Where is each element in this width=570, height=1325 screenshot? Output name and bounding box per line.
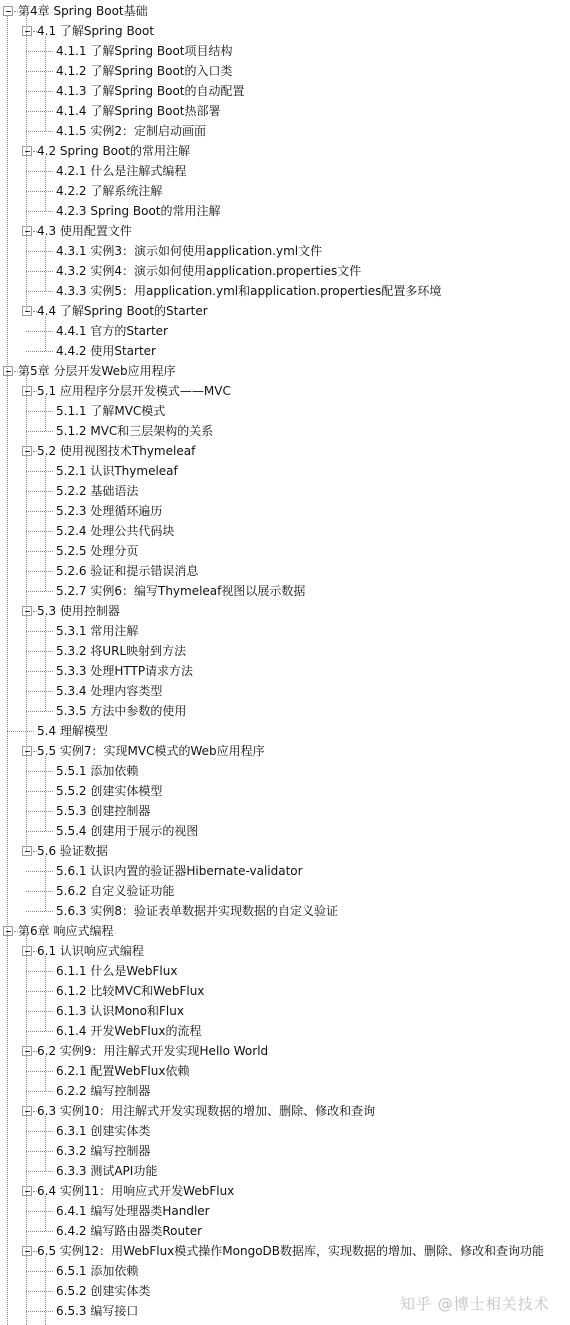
tree-item-subsection[interactable]: 5.3.2 将URL映射到方法 [0,641,570,661]
tree-item-chapter[interactable]: 第6章 响应式编程 [0,921,570,941]
tree-item-subsection[interactable]: 4.3.2 实例4：演示如何使用application.properties文件 [0,261,570,281]
tree-item-label: 4.2.2 了解系统注解 [56,181,162,201]
tree-item-label: 4.4.2 使用Starter [56,341,156,361]
tree-item-subsection[interactable]: 4.2.1 什么是注解式编程 [0,161,570,181]
tree-connector [26,251,53,252]
tree-connector [26,271,53,272]
tree-item-section[interactable]: 6.2 实例9：用注解式开发实现Hello World [0,1041,570,1061]
tree-item-label: 5.3.3 处理HTTP请求方法 [56,661,193,681]
tree-connector [26,1131,53,1132]
tree-item-subsection[interactable]: 5.1.1 了解MVC模式 [0,401,570,421]
tree-guide-line [45,36,46,131]
tree-item-subsection[interactable]: 4.4.1 官方的Starter [0,321,570,341]
tree-item-label: 5.2.3 处理循环遍历 [56,501,162,521]
tree-item-label: 5.6 验证数据 [37,841,108,861]
tree-guide-line [45,956,46,1031]
tree-connector [26,1091,53,1092]
tree-item-subsection[interactable]: 5.3.3 处理HTTP请求方法 [0,661,570,681]
tree-connector [26,891,53,892]
tree-item-subsection[interactable]: 5.3.5 方法中参数的使用 [0,701,570,721]
tree-item-label: 6.1.1 什么是WebFlux [56,961,177,981]
collapse-toggle-icon[interactable] [22,26,32,36]
tree-item-label: 第5章 分层开发Web应用程序 [18,361,176,381]
tree-item-section[interactable]: 5.5 实例7：实现MVC模式的Web应用程序 [0,741,570,761]
tree-item-label: 5.1.2 MVC和三层架构的关系 [56,421,213,441]
tree-connector [26,351,53,352]
tree-connector [26,471,53,472]
tree-item-label: 4.2.1 什么是注解式编程 [56,161,186,181]
tree-item-label: 4.3 使用配置文件 [37,221,132,241]
tree-item-section[interactable]: 4.2 Spring Boot的常用注解 [0,141,570,161]
tree-item-section[interactable]: 5.3 使用控制器 [0,601,570,621]
collapse-toggle-icon[interactable] [22,746,32,756]
tree-item-subsection[interactable]: 5.2.2 基础语法 [0,481,570,501]
tree-guide-line [45,316,46,351]
tree-item-subsection[interactable]: 5.6.3 实例8：验证表单数据并实现数据的自定义验证 [0,901,570,921]
tree-item-label: 6.1.2 比较MVC和WebFlux [56,981,204,1001]
collapse-toggle-icon[interactable] [22,146,32,156]
toc-tree: 第4章 Spring Boot基础4.1 了解Spring Boot4.1.1 … [0,0,570,1325]
tree-item-subsection[interactable]: 4.4.2 使用Starter [0,341,570,361]
tree-connector [26,771,53,772]
tree-item-subsection[interactable]: 6.1.4 开发WebFlux的流程 [0,1021,570,1041]
tree-item-subsection[interactable]: 4.1.1 了解Spring Boot项目结构 [0,41,570,61]
tree-item-subsection[interactable]: 6.3.2 编写控制器 [0,1141,570,1161]
tree-item-label: 5.3.1 常用注解 [56,621,138,641]
tree-item-label: 6.1.3 认识Mono和Flux [56,1001,184,1021]
tree-connector [26,111,53,112]
tree-guide-line [45,1116,46,1171]
tree-item-section[interactable]: 6.1 认识响应式编程 [0,941,570,961]
tree-item-label: 5.5.4 创建用于展示的视图 [56,821,198,841]
tree-connector [26,51,53,52]
tree-item-subsection[interactable]: 6.5.1 添加依赖 [0,1261,570,1281]
tree-connector [26,1231,53,1232]
tree-connector [26,531,53,532]
tree-item-subsection[interactable]: 4.3.1 实例3：演示如何使用application.yml文件 [0,241,570,261]
tree-item-label: 4.1.3 了解Spring Boot的自动配置 [56,81,245,101]
collapse-toggle-icon[interactable] [22,846,32,856]
tree-item-label: 4.3.1 实例3：演示如何使用application.yml文件 [56,241,322,261]
tree-item-label: 5.6.1 认识内置的验证器Hibernate-validator [56,861,303,881]
tree-guide-line [45,856,46,911]
tree-item-chapter[interactable]: 第4章 Spring Boot基础 [0,1,570,21]
tree-item-label: 6.3 实例10：用注解式开发实现数据的增加、删除、修改和查询 [37,1101,375,1121]
tree-item-label: 5.3.2 将URL映射到方法 [56,641,186,661]
tree-item-label: 6.3.2 编写控制器 [56,1141,150,1161]
tree-item-section[interactable]: 5.4 理解模型 [0,721,570,741]
tree-item-label: 5.6.3 实例8：验证表单数据并实现数据的自定义验证 [56,901,338,921]
tree-item-subsection[interactable]: 5.3.1 常用注解 [0,621,570,641]
collapse-toggle-icon[interactable] [3,366,13,376]
tree-item-label: 6.2.1 配置WebFlux依赖 [56,1061,189,1081]
tree-connector [26,211,53,212]
tree-item-subsection[interactable]: 5.2.7 实例6：编写Thymeleaf视图以展示数据 [0,581,570,601]
tree-item-label: 6.1.4 开发WebFlux的流程 [56,1021,201,1041]
tree-item-label: 4.1.4 了解Spring Boot热部署 [56,101,221,121]
tree-item-section[interactable]: 6.3 实例10：用注解式开发实现数据的增加、删除、修改和查询 [0,1101,570,1121]
tree-item-label: 6.5.3 编写接口 [56,1301,138,1321]
tree-item-section[interactable]: 6.5 实例12：用WebFlux模式操作MongoDB数据库，实现数据的增加、… [0,1241,570,1261]
tree-item-label: 5.2.7 实例6：编写Thymeleaf视图以展示数据 [56,581,305,601]
tree-connector [26,491,53,492]
tree-connector [26,711,53,712]
tree-item-subsection[interactable]: 5.5.2 创建实体模型 [0,781,570,801]
tree-connector [26,431,53,432]
tree-item-label: 5.5.1 添加依赖 [56,761,138,781]
tree-item-label: 4.3.2 实例4：演示如何使用application.properties文件 [56,261,361,281]
tree-connector [26,791,53,792]
tree-connector [26,551,53,552]
tree-connector [26,1031,53,1032]
tree-item-subsection[interactable]: 6.1.1 什么是WebFlux [0,961,570,981]
tree-guide-line [45,616,46,711]
tree-item-label: 4.4 了解Spring Boot的Starter [37,301,208,321]
tree-item-section[interactable]: 4.4 了解Spring Boot的Starter [0,301,570,321]
tree-item-subsection[interactable]: 4.3.3 实例5：用application.yml和application.p… [0,281,570,301]
tree-item-subsection[interactable]: 5.3.4 处理内容类型 [0,681,570,701]
tree-item-chapter[interactable]: 第5章 分层开发Web应用程序 [0,361,570,381]
tree-item-label: 6.4.1 编写处理器类Handler [56,1201,210,1221]
tree-item-label: 5.3.5 方法中参数的使用 [56,701,186,721]
tree-item-label: 5.3.4 处理内容类型 [56,681,162,701]
tree-item-label: 5.3 使用控制器 [37,601,120,621]
tree-item-label: 5.6.2 自定义验证功能 [56,881,174,901]
tree-connector [7,731,34,732]
collapse-toggle-icon[interactable] [22,1046,32,1056]
tree-guide-line [45,1256,46,1325]
tree-connector [26,651,53,652]
tree-item-label: 4.2 Spring Boot的常用注解 [37,141,190,161]
tree-item-label: 5.2.1 认识Thymeleaf [56,461,178,481]
tree-item-label: 4.2.3 Spring Boot的常用注解 [56,201,221,221]
tree-connector [26,671,53,672]
tree-guide-line [26,376,27,851]
tree-item-label: 5.2.6 验证和提示错误消息 [56,561,198,581]
tree-connector [26,991,53,992]
tree-item-subsection[interactable]: 6.4.2 编写路由器类Router [0,1221,570,1241]
tree-item-subsection[interactable]: 4.1.3 了解Spring Boot的自动配置 [0,81,570,101]
tree-item-subsection[interactable]: 6.4.1 编写处理器类Handler [0,1201,570,1221]
tree-connector [26,1291,53,1292]
tree-item-section[interactable]: 4.1 了解Spring Boot [0,21,570,41]
tree-item-label: 4.1 了解Spring Boot [37,21,154,41]
tree-item-label: 5.5 实例7：实现MVC模式的Web应用程序 [37,741,265,761]
tree-item-subsection[interactable]: 5.2.3 处理循环遍历 [0,501,570,521]
tree-connector [26,691,53,692]
collapse-toggle-icon[interactable] [22,606,32,616]
tree-item-subsection[interactable]: 5.5.3 创建控制器 [0,801,570,821]
tree-item-label: 6.1 认识响应式编程 [37,941,144,961]
tree-item-subsection[interactable]: 6.2.1 配置WebFlux依赖 [0,1061,570,1081]
tree-guide-line [26,16,27,311]
tree-item-subsection[interactable]: 5.2.4 处理公共代码块 [0,521,570,541]
tree-item-label: 6.3.3 测试API功能 [56,1161,157,1181]
tree-item-subsection[interactable]: 4.1.5 实例2：定制启动画面 [0,121,570,141]
tree-item-section[interactable]: 5.1 应用程序分层开发模式——MVC [0,381,570,401]
watermark: 知乎 @博士相关技术 [400,1293,550,1314]
tree-guide-line [45,1196,46,1231]
tree-item-section[interactable]: 5.2 使用视图技术Thymeleaf [0,441,570,461]
collapse-toggle-icon[interactable] [22,386,32,396]
tree-guide-line [45,396,46,431]
tree-connector [26,331,53,332]
collapse-toggle-icon[interactable] [3,926,13,936]
tree-item-subsection[interactable]: 6.2.2 编写控制器 [0,1081,570,1101]
tree-guide-line [45,456,46,591]
tree-item-subsection[interactable]: 6.3.1 创建实体类 [0,1121,570,1141]
collapse-toggle-icon[interactable] [22,306,32,316]
tree-guide-line [45,156,46,211]
tree-connector [26,291,53,292]
tree-connector [26,871,53,872]
tree-item-label: 4.1.2 了解Spring Boot的入口类 [56,61,233,81]
tree-connector [26,191,53,192]
collapse-toggle-icon[interactable] [22,946,32,956]
tree-connector [26,811,53,812]
tree-connector [26,1171,53,1172]
tree-connector [26,831,53,832]
tree-item-label: 6.2.2 编写控制器 [56,1081,150,1101]
tree-item-label: 4.1.5 实例2：定制启动画面 [56,121,206,141]
tree-connector [26,971,53,972]
tree-connector [26,571,53,572]
tree-item-label: 5.5.2 创建实体模型 [56,781,162,801]
tree-item-label: 4.1.1 了解Spring Boot项目结构 [56,41,233,61]
collapse-toggle-icon[interactable] [22,226,32,236]
tree-item-label: 第4章 Spring Boot基础 [18,1,148,21]
tree-item-label: 4.3.3 实例5：用application.yml和application.p… [56,281,441,301]
tree-connector [26,91,53,92]
tree-guide-line [26,936,27,1325]
tree-item-label: 6.4.2 编写路由器类Router [56,1221,202,1241]
tree-item-subsection[interactable]: 5.2.5 处理分页 [0,541,570,561]
tree-item-label: 5.4 理解模型 [37,721,108,741]
collapse-toggle-icon[interactable] [22,1186,32,1196]
tree-connector [26,591,53,592]
tree-item-subsection[interactable]: 5.2.1 认识Thymeleaf [0,461,570,481]
tree-item-subsection[interactable]: 5.2.6 验证和提示错误消息 [0,561,570,581]
tree-item-label: 5.1.1 了解MVC模式 [56,401,165,421]
tree-item-subsection[interactable]: 4.2.3 Spring Boot的常用注解 [0,201,570,221]
tree-item-subsection[interactable]: 4.2.2 了解系统注解 [0,181,570,201]
tree-item-subsection[interactable]: 5.5.1 添加依赖 [0,761,570,781]
tree-guide-line [45,236,46,291]
tree-item-label: 5.2 使用视图技术Thymeleaf [37,441,195,461]
tree-item-label: 6.2 实例9：用注解式开发实现Hello World [37,1041,268,1061]
tree-item-section[interactable]: 4.3 使用配置文件 [0,221,570,241]
tree-connector [26,911,53,912]
tree-connector [26,171,53,172]
tree-item-label: 6.5 实例12：用WebFlux模式操作MongoDB数据库，实现数据的增加、… [37,1241,544,1261]
tree-item-label: 5.5.3 创建控制器 [56,801,150,821]
tree-guide-line [45,756,46,831]
tree-item-label: 6.4 实例11：用响应式开发WebFlux [37,1181,234,1201]
tree-item-label: 6.3.1 创建实体类 [56,1121,150,1141]
tree-connector [26,1151,53,1152]
tree-connector [26,1271,53,1272]
collapse-toggle-icon[interactable] [22,446,32,456]
tree-connector [26,411,53,412]
tree-connector [26,1211,53,1212]
tree-guide-line [45,1056,46,1091]
tree-item-subsection[interactable]: 5.1.2 MVC和三层架构的关系 [0,421,570,441]
tree-item-label: 5.2.2 基础语法 [56,481,138,501]
tree-connector [26,1311,53,1312]
tree-item-subsection[interactable]: 5.6.2 自定义验证功能 [0,881,570,901]
tree-item-subsection[interactable]: 6.1.2 比较MVC和WebFlux [0,981,570,1001]
tree-item-subsection[interactable]: 6.3.3 测试API功能 [0,1161,570,1181]
tree-item-section[interactable]: 6.4 实例11：用响应式开发WebFlux [0,1181,570,1201]
tree-item-subsection[interactable]: 5.6.1 认识内置的验证器Hibernate-validator [0,861,570,881]
tree-connector [26,631,53,632]
tree-item-section[interactable]: 5.6 验证数据 [0,841,570,861]
tree-item-label: 5.1 应用程序分层开发模式——MVC [37,381,231,401]
tree-item-label: 4.4.1 官方的Starter [56,321,168,341]
tree-item-subsection[interactable]: 5.5.4 创建用于展示的视图 [0,821,570,841]
tree-item-subsection[interactable]: 4.1.2 了解Spring Boot的入口类 [0,61,570,81]
tree-item-subsection[interactable]: 4.1.4 了解Spring Boot热部署 [0,101,570,121]
tree-connector [26,71,53,72]
collapse-toggle-icon[interactable] [22,1106,32,1116]
tree-item-label: 6.5.1 添加依赖 [56,1261,138,1281]
tree-item-label: 5.2.5 处理分页 [56,541,138,561]
tree-item-label: 5.2.4 处理公共代码块 [56,521,174,541]
tree-connector [26,511,53,512]
tree-item-label: 第6章 响应式编程 [18,921,113,941]
tree-connector [26,131,53,132]
tree-item-label: 6.5.2 创建实体类 [56,1281,150,1301]
tree-item-subsection[interactable]: 6.1.3 认识Mono和Flux [0,1001,570,1021]
tree-connector [26,1011,53,1012]
tree-guide-line [7,16,8,1325]
tree-connector [26,1071,53,1072]
collapse-toggle-icon[interactable] [3,6,13,16]
collapse-toggle-icon[interactable] [22,1246,32,1256]
